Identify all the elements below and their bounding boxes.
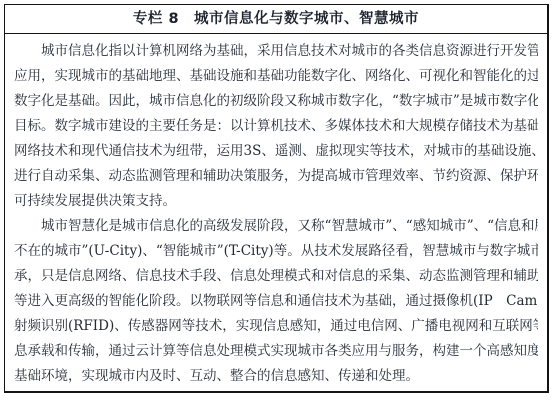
text-line: 应用，实现城市的基础地理、基础设施和基础功能数字化、网络化、可视化和智能化的过程…	[14, 64, 538, 89]
text-line: 息承载和传输，通过云计算等信息处理模式实现城市各类应用与服务，构建一个高感知度的…	[14, 339, 538, 364]
box-body: 城市信息化指以计算机网络为基础，采用信息技术对城市的各类信息资源进行开发管理和 …	[5, 34, 547, 389]
box-title: 专栏 8 城市信息化与数字城市、智慧城市	[5, 5, 547, 34]
text-line: 目标。数字城市建设的主要任务是：以计算机技术、多媒体技术和大规模存储技术为基础，…	[14, 114, 538, 139]
text-line: 进行自动采集、动态监测管理和辅助决策服务，为提高城市管理效率、节约资源、保护环境…	[14, 164, 538, 189]
text-line: 基础环境，实现城市内及时、互动、整合的信息感知、传递和处理。	[14, 364, 538, 389]
text-line: 数字化是基础。因此，城市信息化的初级阶段又称城市数字化，“数字城市”是城市数字化…	[14, 89, 538, 114]
text-line: 网络技术和现代通信技术为纽带，运用3S、遥测、虚拟现实等技术，对城市的基础设施、…	[14, 139, 538, 164]
text-line: 可持续发展提供决策支持。	[14, 189, 538, 214]
text-line: 承，只是信息网络、信息技术手段、信息处理模式和对信息的采集、动态监测管理和辅助决…	[14, 264, 538, 289]
text-line: 等进入更高级的智能化阶段。以物联网等信息和通信技术为基础，通过摄像机(IP Ca…	[14, 289, 538, 314]
text-box-panel: 专栏 8 城市信息化与数字城市、智慧城市 城市信息化指以计算机网络为基础，采用信…	[4, 4, 549, 393]
text-line: 不在的城市”(U-City)、“智能城市”(T-City)等。从技术发展路径看，…	[14, 239, 538, 264]
text-line: 城市信息化指以计算机网络为基础，采用信息技术对城市的各类信息资源进行开发管理和	[14, 39, 538, 64]
text-line: 射频识别(RFID)、传感器网等技术，实现信息感知，通过电信网、广播电视网和互联…	[14, 314, 538, 339]
document-page: 专栏 8 城市信息化与数字城市、智慧城市 城市信息化指以计算机网络为基础，采用信…	[0, 0, 555, 400]
text-line: 城市智慧化是城市信息化的高级发展阶段，又称“智慧城市”、“感知城市”、“信息和服…	[14, 214, 538, 239]
